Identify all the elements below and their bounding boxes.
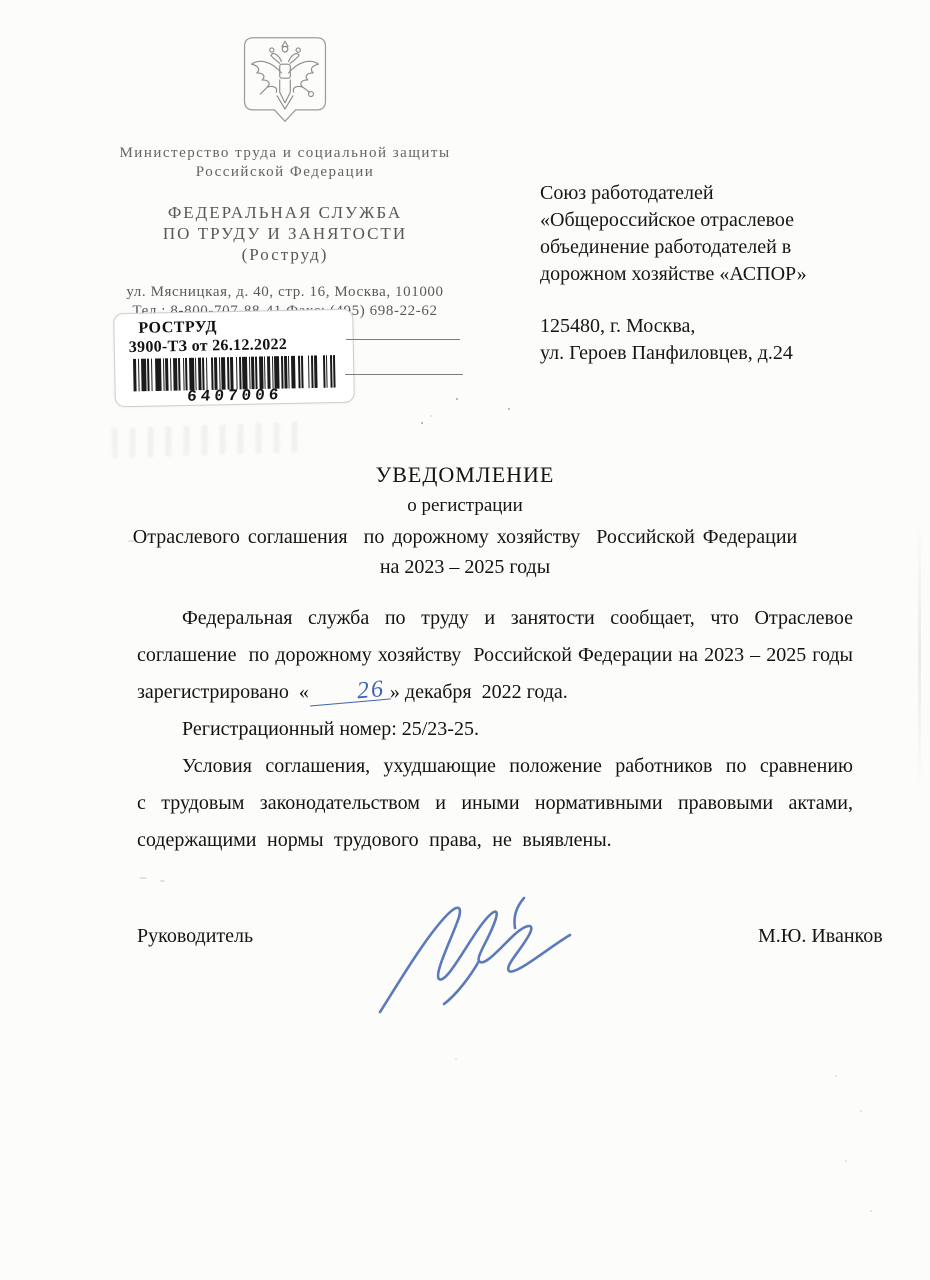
- scan-speck: [128, 540, 134, 542]
- scan-edge-shadow: [918, 520, 921, 790]
- blank-ruling-line: [346, 339, 460, 340]
- barcode-number: 6407006: [115, 385, 355, 408]
- recipient-line: объединение работодателей в: [540, 234, 875, 261]
- signature-ink: [352, 880, 582, 1030]
- recipient-address-line: 125480, г. Москва,: [540, 313, 875, 340]
- recipient-line: Союз работодателей: [540, 180, 875, 207]
- paragraph-conditions: Условия соглашения, ухудшающие положение…: [137, 748, 853, 859]
- scan-speck: [870, 1210, 872, 1212]
- paragraph-registration: Федеральная служба по труду и занятости …: [137, 600, 853, 711]
- scan-speck: [421, 422, 423, 424]
- ministry-name: Министерство труда и социальной защиты Р…: [96, 144, 474, 182]
- scan-speck: [835, 1075, 837, 1077]
- ministry-line2: Российской Федерации: [96, 163, 474, 182]
- letter-body: Федеральная служба по труду и занятости …: [137, 600, 853, 859]
- recipient-address-line: ул. Героев Панфиловцев, д.24: [540, 340, 875, 367]
- coat-of-arms-icon: [241, 34, 329, 138]
- service-line3: (Роструд): [96, 244, 474, 265]
- stamp-doc-number: 3900-ТЗ от 26.12.2022: [129, 335, 353, 357]
- blank-ruling-line: [345, 374, 463, 375]
- document-title-block: УВЕДОМЛЕНИЕ о регистрации Отраслевого со…: [0, 462, 930, 579]
- recipient-block: Союз работодателей «Общероссийское отрас…: [540, 180, 875, 367]
- scan-speck: [456, 398, 458, 400]
- signer-position: Руководитель: [137, 925, 253, 948]
- agreement-years: на 2023 – 2025 годы: [0, 556, 930, 579]
- registration-stamp: РОСТРУД 3900-ТЗ от 26.12.2022 6407006: [113, 309, 355, 408]
- document-title: УВЕДОМЛЕНИЕ: [0, 462, 930, 488]
- paragraph-reg-number: Регистрационный номер: 25/23-25.: [137, 711, 853, 748]
- signer-name: М.Ю. Иванков: [758, 925, 883, 948]
- ministry-line1: Министерство труда и социальной защиты: [96, 144, 474, 163]
- scan-speck: [455, 1058, 457, 1060]
- scan-speck: [508, 408, 510, 410]
- service-line2: ПО ТРУДУ И ЗАНЯТОСТИ: [96, 223, 474, 244]
- scanned-letter-page: Министерство труда и социальной защиты Р…: [0, 0, 930, 1280]
- scan-speck: [860, 1110, 862, 1112]
- scan-speck: [430, 415, 432, 417]
- recipient-line: дорожном хозяйстве «АСПОР»: [540, 261, 875, 288]
- agreement-name: Отраслевого соглашения по дорожному хозя…: [0, 526, 930, 549]
- scan-speck: [139, 877, 147, 879]
- document-subtitle: о регистрации: [0, 495, 930, 517]
- scan-speck: [160, 880, 165, 882]
- letterhead: Министерство труда и социальной защиты Р…: [96, 34, 474, 321]
- paragraph-registration-tail: » декабря 2022 года.: [390, 681, 568, 703]
- handwritten-day: 26: [308, 679, 391, 707]
- service-line1: ФЕДЕРАЛЬНАЯ СЛУЖБА: [96, 202, 474, 223]
- scan-smudge: [112, 422, 303, 459]
- service-name: ФЕДЕРАЛЬНАЯ СЛУЖБА ПО ТРУДУ И ЗАНЯТОСТИ …: [96, 202, 474, 265]
- address-line1: ул. Мясницкая, д. 40, стр. 16, Москва, 1…: [96, 283, 474, 302]
- scan-speck: [845, 1160, 847, 1162]
- recipient-line: «Общероссийское отраслевое: [540, 207, 875, 234]
